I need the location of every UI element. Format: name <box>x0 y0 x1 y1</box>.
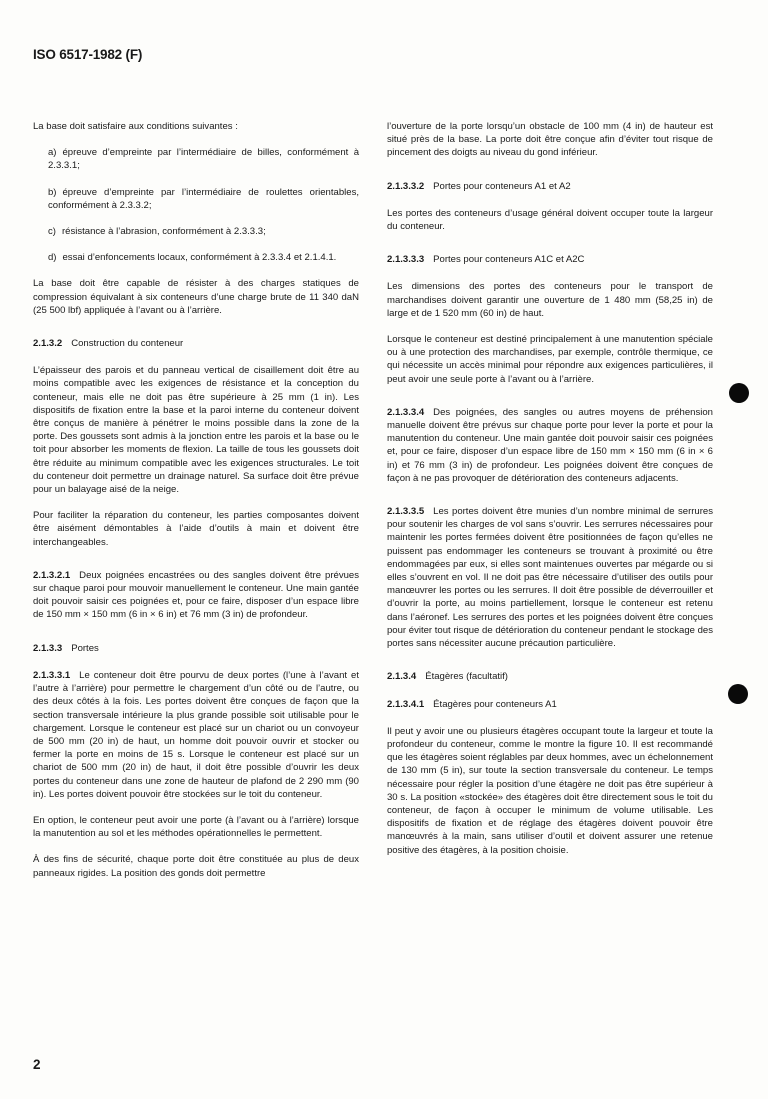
section-number: 2.1.3.2 <box>33 338 62 349</box>
page-number: 2 <box>33 1057 41 1072</box>
paragraph-text: Le conteneur doit être pourvu de deux po… <box>33 670 359 800</box>
section-number: 2.1.3.2.1 <box>33 570 70 581</box>
paragraph: À des fins de sécurité, chaque porte doi… <box>33 853 359 879</box>
section-heading: 2.1.3.4.1Étagères pour conteneurs A1 <box>387 698 713 711</box>
section-heading: 2.1.3.4Étagères (facultatif) <box>387 670 713 683</box>
numbered-paragraph: 2.1.3.3.1Le conteneur doit être pourvu d… <box>33 669 359 801</box>
list-text: épreuve d’empreinte par l’intermédiaire … <box>48 147 359 171</box>
section-number: 2.1.3.4.1 <box>387 699 424 710</box>
section-number: 2.1.3.3.2 <box>387 181 424 192</box>
right-column: l’ouverture de la porte lorsqu’un obstac… <box>387 120 713 870</box>
paragraph: Il peut y avoir une ou plusieurs étagère… <box>387 725 713 857</box>
section-title: Étagères (facultatif) <box>425 671 508 682</box>
paragraph: En option, le conteneur peut avoir une p… <box>33 814 359 840</box>
section-title: Construction du conteneur <box>71 338 183 349</box>
paragraph: l’ouverture de la porte lorsqu’un obstac… <box>387 120 713 160</box>
revision-marker-icon <box>728 684 748 704</box>
section-title: Portes <box>71 643 99 654</box>
list-text: épreuve d’empreinte par l’intermédiaire … <box>48 187 359 211</box>
list-item: c)résistance à l’abrasion, conformément … <box>48 225 359 238</box>
section-number: 2.1.3.4 <box>387 671 416 682</box>
paragraph-text: Deux poignées encastrées ou des sangles … <box>33 570 359 621</box>
section-number: 2.1.3.3.1 <box>33 670 70 681</box>
list-text: essai d’enfoncements locaux, conformémen… <box>63 252 337 263</box>
intro-paragraph: La base doit satisfaire aux conditions s… <box>33 120 359 133</box>
numbered-paragraph: 2.1.3.2.1Deux poignées encastrées ou des… <box>33 569 359 622</box>
section-heading: 2.1.3.2Construction du conteneur <box>33 337 359 350</box>
document-header: ISO 6517-1982 (F) <box>33 47 142 62</box>
list-label: a) <box>48 147 57 158</box>
revision-marker-icon <box>729 383 749 403</box>
list-item: a)épreuve d’empreinte par l’intermédiair… <box>48 146 359 172</box>
base-capacity-paragraph: La base doit être capable de résister à … <box>33 277 359 317</box>
paragraph-text: Les portes doivent être munies d’un nomb… <box>387 506 713 649</box>
paragraph: L’épaisseur des parois et du panneau ver… <box>33 364 359 496</box>
section-title: Portes pour conteneurs A1C et A2C <box>433 254 584 265</box>
paragraph: Lorsque le conteneur est destiné princip… <box>387 333 713 386</box>
list-item: b)épreuve d’empreinte par l’intermédiair… <box>48 186 359 212</box>
section-number: 2.1.3.3.5 <box>387 506 424 517</box>
list-text: résistance à l’abrasion, conformément à … <box>62 226 266 237</box>
section-heading: 2.1.3.3Portes <box>33 642 359 655</box>
numbered-paragraph: 2.1.3.3.5Les portes doivent être munies … <box>387 505 713 650</box>
list-label: d) <box>48 252 57 263</box>
section-title: Étagères pour conteneurs A1 <box>433 699 557 710</box>
list-label: c) <box>48 226 56 237</box>
paragraph: Les portes des conteneurs d’usage généra… <box>387 207 713 233</box>
section-title: Portes pour conteneurs A1 et A2 <box>433 181 570 192</box>
paragraph: Pour faciliter la réparation du conteneu… <box>33 509 359 549</box>
paragraph-text: Des poignées, des sangles ou autres moye… <box>387 407 713 484</box>
section-number: 2.1.3.3.3 <box>387 254 424 265</box>
list-label: b) <box>48 187 57 198</box>
paragraph: Les dimensions des portes des conteneurs… <box>387 280 713 320</box>
section-number: 2.1.3.3 <box>33 643 62 654</box>
section-heading: 2.1.3.3.3Portes pour conteneurs A1C et A… <box>387 253 713 266</box>
left-column: La base doit satisfaire aux conditions s… <box>33 120 359 893</box>
numbered-paragraph: 2.1.3.3.4Des poignées, des sangles ou au… <box>387 406 713 485</box>
list-item: d)essai d’enfoncements locaux, conformém… <box>48 251 359 264</box>
section-heading: 2.1.3.3.2Portes pour conteneurs A1 et A2 <box>387 180 713 193</box>
section-number: 2.1.3.3.4 <box>387 407 424 418</box>
